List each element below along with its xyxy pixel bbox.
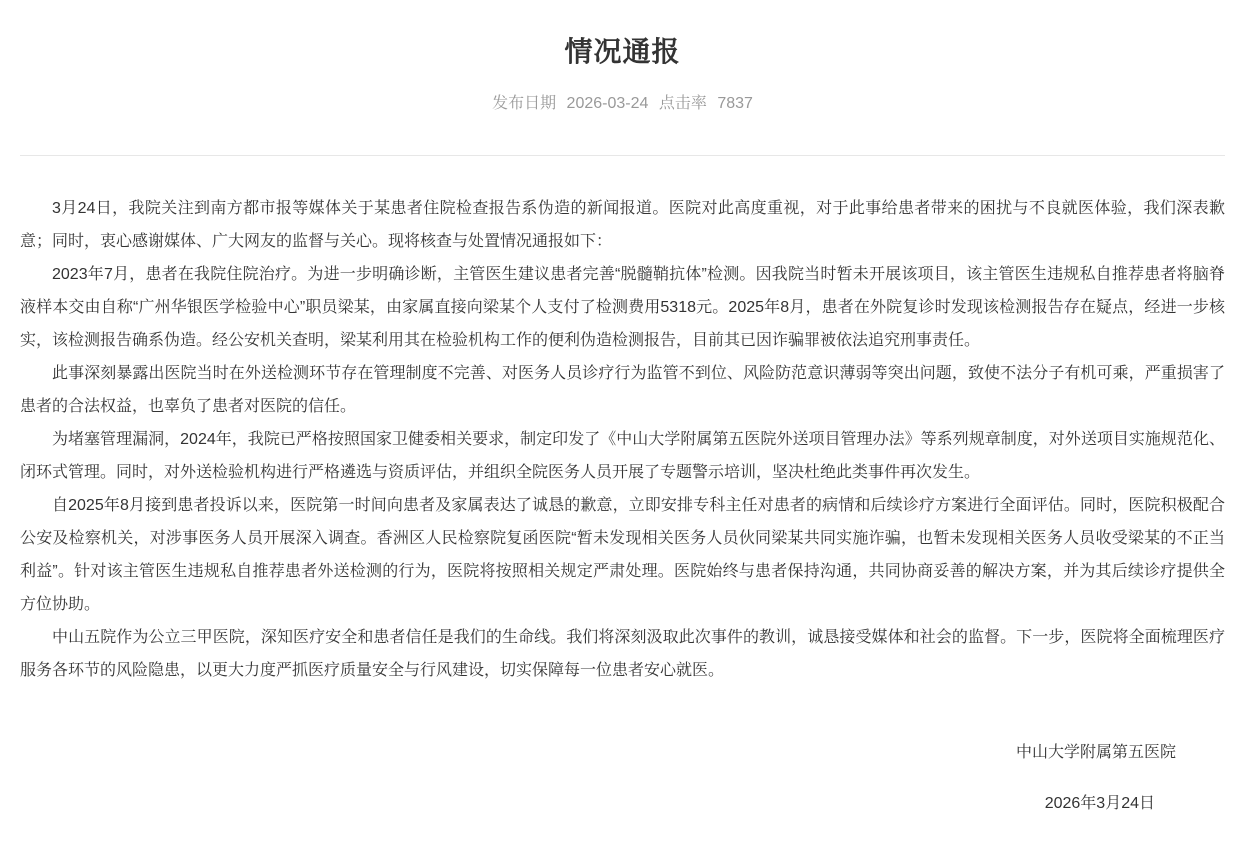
article-body: 3月24日，我院关注到南方都市报等媒体关于某患者住院检查报告系伪造的新闻报道。医… (20, 192, 1225, 687)
article-paragraph: 自2025年8月接到患者投诉以来，医院第一时间向患者及家属表达了诚恳的歉意，立即… (20, 489, 1225, 621)
article-paragraph: 3月24日，我院关注到南方都市报等媒体关于某患者住院检查报告系伪造的新闻报道。医… (20, 192, 1225, 258)
hits-label: 点击率 (659, 95, 707, 112)
publish-meta: 发布日期 2026-03-24 点击率 7837 (20, 90, 1225, 113)
page-title: 情况通报 (20, 0, 1225, 70)
article-paragraph: 此事深刻暴露出医院当时在外送检测环节存在管理制度不完善、对医务人员诊疗行为监管不… (20, 357, 1225, 423)
article-paragraph: 中山五院作为公立三甲医院，深知医疗安全和患者信任是我们的生命线。我们将深刻汲取此… (20, 621, 1225, 687)
signature-date: 2026年3月24日 (20, 790, 1225, 813)
signature-block: 中山大学附属第五医院 2026年3月24日 (20, 739, 1225, 813)
publish-date-value: 2026-03-24 (567, 95, 649, 112)
announcement-page: 情况通报 发布日期 2026-03-24 点击率 7837 3月24日，我院关注… (0, 0, 1245, 843)
article-paragraph: 2023年7月，患者在我院住院治疗。为进一步明确诊断，主管医生建议患者完善“脱髓… (20, 258, 1225, 357)
header-divider (20, 155, 1225, 156)
publish-date-label: 发布日期 (492, 95, 556, 112)
hits-value: 7837 (717, 95, 753, 112)
signature-org: 中山大学附属第五医院 (20, 739, 1225, 762)
article-paragraph: 为堵塞管理漏洞，2024年，我院已严格按照国家卫健委相关要求，制定印发了《中山大… (20, 423, 1225, 489)
